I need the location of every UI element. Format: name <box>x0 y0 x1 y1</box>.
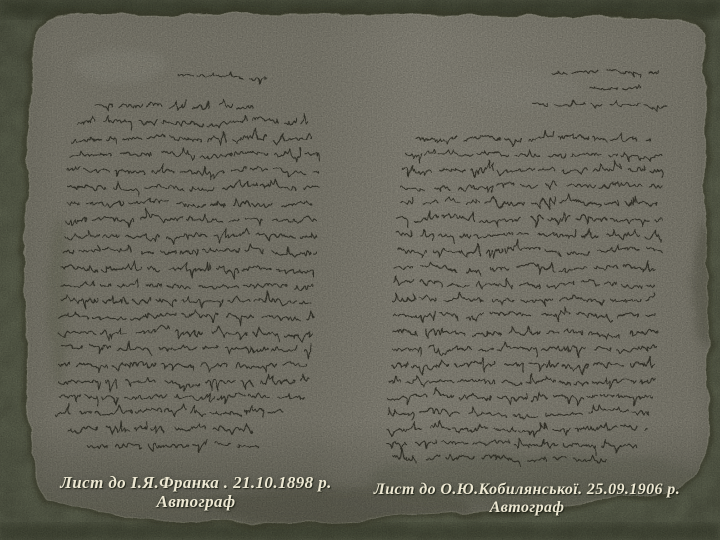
caption-left-letter: Лист до І.Я.Франка . 21.10.1898 р. Автог… <box>50 473 342 511</box>
caption-left-line1: Лист до І.Я.Франка . 21.10.1898 р. <box>50 473 342 492</box>
manuscripts-photo <box>0 0 720 540</box>
presentation-slide: Лист до І.Я.Франка . 21.10.1898 р. Автог… <box>0 0 720 540</box>
caption-right-letter: Лист до О.Ю.Кобилянської. 25.09.1906 р. … <box>340 481 714 517</box>
photo-grain-overlay <box>0 0 720 540</box>
caption-left-line2: Автограф <box>50 492 342 511</box>
